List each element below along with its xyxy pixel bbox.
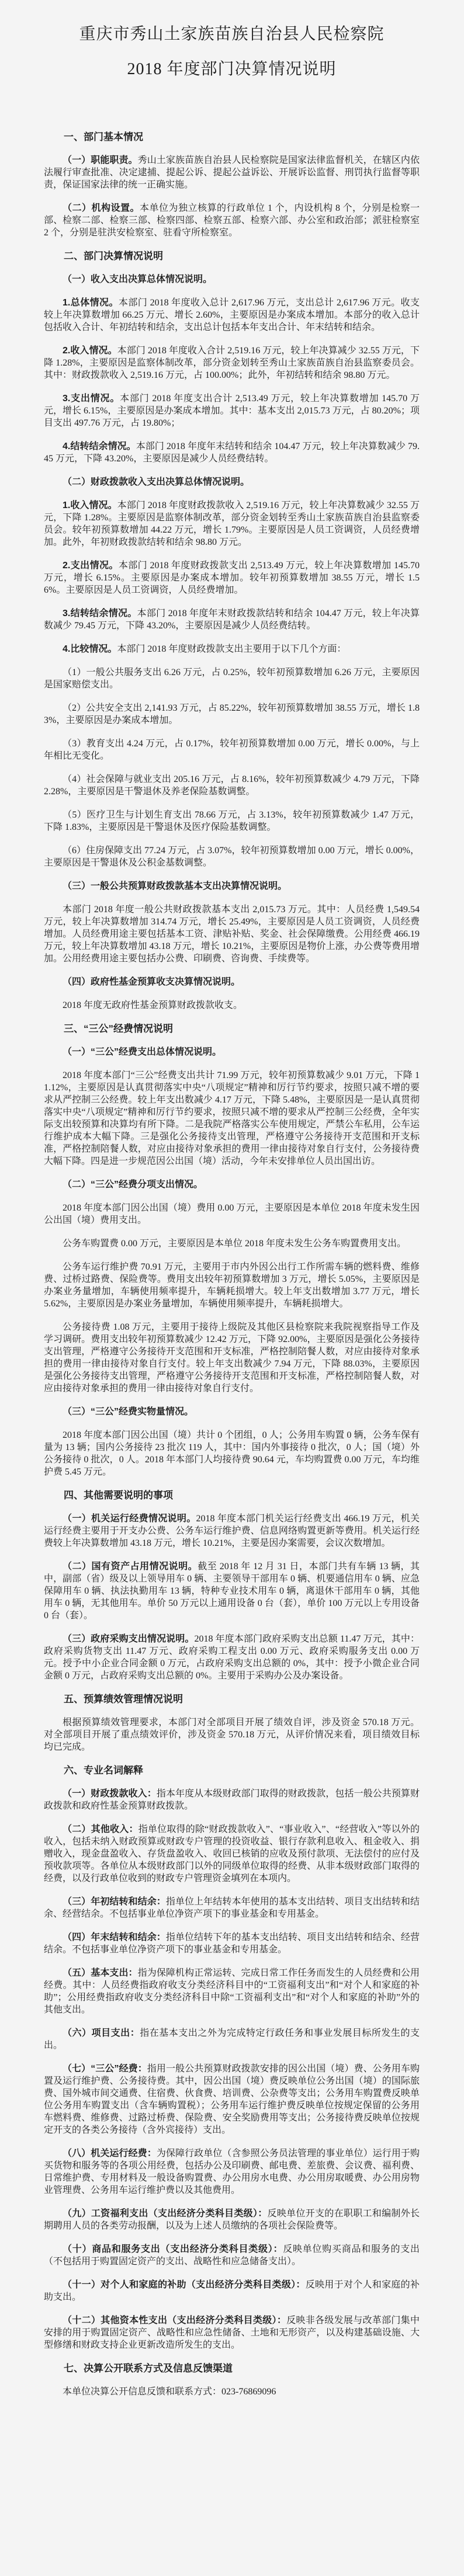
section-heading: 七、决算公开联系方式及信息反馈渠道 [44, 2362, 420, 2375]
section-heading: 一、部门基本情况 [44, 131, 420, 143]
paragraph: 公务接待费 1.08 万元，主要用于接待上级院及其他区县检察院来我院视察指导工作… [44, 1321, 420, 1395]
paragraph: （十）商品和服务支出（支出经济分类科目类级）：反映单位购买商品和服务的支出（不包… [44, 2243, 420, 2268]
paragraph-lead: 2.支出情况。 [63, 561, 119, 571]
paragraph: 2018 年度本部门因公出国（境）共计 0 个团组，0 人；公务用车购置 0 辆… [44, 1429, 420, 1478]
paragraph-lead: （五）基本支出： [63, 1968, 138, 1978]
heading-text: （三）“三公”经费实物量情况。 [63, 1407, 193, 1417]
heading-text: 五、预算绩效管理情况说明 [64, 1694, 183, 1705]
section-heading: （二）“三公”经费分项支出情况。 [44, 1179, 420, 1191]
paragraph: 本单位决算公开信息反馈和联系方式：023-76869096 [44, 2386, 420, 2398]
paragraph: （5）医疗卫生与计划生育支出 78.66 万元，占 3.13%，较年初预算数减少… [44, 809, 420, 833]
paragraph: （十一）对个人和家庭的补助（支出经济分类科目类级）：反映用于对个人和家庭的补助支… [44, 2279, 420, 2303]
paragraph: （4）社会保障与就业支出 205.16 万元，占 8.16%，较年初预算数减少 … [44, 773, 420, 798]
paragraph: 4.结转结余情况。本部门 2018 年度年末结转和结余 104.47 万元，较上… [44, 440, 420, 465]
paragraph-lead: （一）财政拨款收入： [63, 1789, 157, 1799]
paragraph-lead: （六）项目支出： [63, 2028, 140, 2038]
paragraph: （1）一般公共服务支出 6.26 万元，占 0.25%，较年初预算数增加 6.2… [44, 666, 420, 691]
paragraph-text: 2018 年度本部门“三公”经费支出共计 71.99 万元，较年初预算数减少 9… [44, 1070, 420, 1166]
paragraph: （十二）其他资本性支出（支出经济分类科目类级）：反映非各级发展与改革部门集中安排… [44, 2314, 420, 2351]
document-title-line1: 重庆市秀山土家族苗族自治县人民检察院 [44, 25, 420, 44]
paragraph: 本部门 2018 年度一般公共财政拨款基本支出 2,015.73 万元。其中：人… [44, 903, 420, 965]
paragraph-lead: （八）机关运行经费： [63, 2149, 157, 2158]
paragraph: 1.总体情况。本部门 2018 年度收入总计 2,617.96 万元，支出总计 … [44, 297, 420, 333]
paragraph-text: 本部门 2018 年度一般公共财政拨款基本支出 2,015.73 万元。其中：人… [44, 905, 420, 964]
section-heading: （三）“三公”经费实物量情况。 [44, 1406, 420, 1418]
paragraph-lead: （十）商品和服务支出（支出经济分类科目类级）： [63, 2244, 283, 2254]
paragraph-text: （4）社会保障与就业支出 205.16 万元，占 8.16%，较年初预算数减少 … [44, 774, 420, 797]
paragraph: （五）基本支出：指为保障机构正常运转、完成日常工作任务而发生的人员经费和公用经费… [44, 1967, 420, 2016]
paragraph: （二）其他收入：指单位取得的除“财政拨款收入”、“事业收入”、“经营收入”等以外… [44, 1823, 420, 1885]
paragraph: 2018 年度本部门“三公”经费支出共计 71.99 万元，较年初预算数减少 9… [44, 1069, 420, 1167]
paragraph: （一）机关运行经费情况说明。2018 年度本部门机关运行经费支出 466.19 … [44, 1513, 420, 1549]
paragraph-lead: 1.收入情况。 [63, 500, 117, 510]
paragraph-text: 指用一般公共预算财政拨款安排的因公出国（境）费、公务用车购置及运行维护费、公务接… [44, 2064, 420, 2135]
paragraph-text: （3）教育支出 4.24 万元，占 0.17%，较年初预算数增加 0.00 万元… [44, 739, 420, 761]
document-page: 重庆市秀山土家族苗族自治县人民检察院 2018 年度部门决算情况说明 一、部门基… [0, 0, 464, 2576]
paragraph-text: 根据预算绩效管理要求，本部门对全部项目开展了绩效自评，涉及资金 570.18 万… [44, 1718, 420, 1752]
paragraph: 公务车运行维护费 70.91 万元，主要用于市内外因公出行工作所需车辆的燃料费、… [44, 1261, 420, 1310]
document-title-line2: 2018 年度部门决算情况说明 [44, 60, 420, 79]
paragraph-lead: 4.比较情况。 [63, 644, 117, 654]
paragraph: 公务车购置费 0.00 万元，主要原因是本单位 2018 年度未发生公务车购置费… [44, 1237, 420, 1250]
paragraph-lead: （二）机构设置。 [63, 203, 140, 213]
paragraph: 1.收入情况。本部门 2018 年度财政拨款收入 2,519.16 万元，较上年… [44, 499, 420, 548]
heading-text: （一）收入支出决算总体情况说明。 [63, 274, 212, 284]
paragraph: （四）年末结转和结余：指单位结转下年的基本支出结转、项目支出结转和结余、经营结余… [44, 1931, 420, 1956]
paragraph-lead: （十一）对个人和家庭的补助（支出经济分类科目类级）： [63, 2280, 306, 2290]
section-heading: （四）政府性基金预算收支决算情况说明。 [44, 976, 420, 988]
paragraph-lead: （十二）其他资本性支出（支出经济分类科目类级）： [63, 2316, 286, 2325]
paragraph: （2）公共安全支出 2,141.93 万元，占 85.22%，较年初预算数增加 … [44, 702, 420, 726]
paragraph: （一）财政拨款收入：指本年度从本级财政部门取得的财政拨款，包括一般公共预算财政拨… [44, 1788, 420, 1812]
paragraph-lead: （四）年末结转和结余： [63, 1932, 166, 1942]
section-heading: 五、预算绩效管理情况说明 [44, 1693, 420, 1705]
paragraph: （九）工资福利支出（支出经济分类科目类级）：反映单位开支的在职职工和编制外长期聘… [44, 2207, 420, 2232]
document-blocks: 一、部门基本情况（一）职能职责。秀山土家族苗族自治县人民检察院是国家法律监督机关… [44, 131, 420, 2398]
paragraph-lead: （一）机关运行经费情况说明。 [63, 1514, 196, 1524]
paragraph: 3.支出情况。本部门 2018 年度支出合计 2,513.49 万元，较上年决算… [44, 392, 420, 429]
paragraph-text: 本部门 2018 年度财政拨款支出主要用于以下几个方面： [117, 644, 346, 654]
paragraph-text: 公务车运行维护费 70.91 万元，主要用于市内外因公出行工作所需车辆的燃料费、… [44, 1262, 420, 1309]
paragraph: （三）年初结转和结余：指单位上年结转本年使用的基本支出结转、项目支出结转和结余、… [44, 1896, 420, 1920]
paragraph-lead: （九）工资福利支出（支出经济分类科目类级）： [63, 2209, 268, 2219]
paragraph: 3.结转结余情况。本部门 2018 年度年末财政拨款结转和结余 104.47 万… [44, 607, 420, 632]
paragraph-text: 2018 年度无政府性基金预算财政拨款收支。 [63, 1000, 243, 1010]
paragraph-lead: 4.结转结余情况。 [63, 441, 136, 451]
paragraph-lead: （二）国有资产占用情况说明。 [63, 1562, 198, 1572]
heading-text: （三）一般公共预算财政拨款基本支出决算情况说明。 [63, 881, 287, 891]
paragraph-text: 2018 年度本部门因公出国（境）共计 0 个团组，0 人；公务用车购置 0 辆… [44, 1430, 420, 1477]
heading-text: 二、部门决算情况说明 [64, 251, 163, 262]
paragraph: （二）机构设置。本单位为独立核算的行政单位 1 个，内设机构 8 个，分别是检察… [44, 202, 420, 239]
paragraph-text: 本单位决算公开信息反馈和联系方式：023-76869096 [63, 2387, 276, 2397]
paragraph: 2018 年度无政府性基金预算财政拨款收支。 [44, 999, 420, 1011]
section-heading: 四、其他需要说明的事项 [44, 1489, 420, 1501]
paragraph: 4.比较情况。本部门 2018 年度财政拨款支出主要用于以下几个方面： [44, 643, 420, 655]
section-heading: （二）财政拨款收入支出决算总体情况说明。 [44, 476, 420, 488]
paragraph-lead: （三）政府采购支出情况说明。 [63, 1634, 194, 1644]
heading-text: 三、“三公”经费情况说明 [64, 1023, 173, 1034]
paragraph-text: （1）一般公共服务支出 6.26 万元，占 0.25%，较年初预算数增加 6.2… [44, 668, 420, 690]
section-heading: （一）“三公”经费支出总体情况说明。 [44, 1046, 420, 1058]
heading-text: 一、部门基本情况 [64, 131, 143, 142]
paragraph-lead: 3.结转结余情况。 [63, 609, 137, 618]
heading-text: （二）财政拨款收入支出决算总体情况说明。 [63, 477, 250, 487]
paragraph: 根据预算绩效管理要求，本部门对全部项目开展了绩效自评，涉及资金 570.18 万… [44, 1716, 420, 1753]
paragraph: （6）住房保障支出 77.24 万元，占 3.07%，较年初预算数增加 0.00… [44, 844, 420, 869]
paragraph: （六）项目支出：指在基本支出之外为完成特定行政任务和事业发展目标所发生的支出。 [44, 2027, 420, 2052]
heading-text: 七、决算公开联系方式及信息反馈渠道 [64, 2363, 233, 2374]
paragraph: 2.支出情况。本部门 2018 年度财政拨款支出 2,513.49 万元，较上年… [44, 559, 420, 596]
section-heading: 三、“三公”经费情况说明 [44, 1023, 420, 1035]
paragraph-text: 2018 年度本部门因公出国（境）费用 0.00 万元，主要原因是本单位 201… [44, 1203, 420, 1225]
section-heading: （三）一般公共预算财政拨款基本支出决算情况说明。 [44, 880, 420, 892]
paragraph-lead: （七）“三公”经费： [63, 2064, 147, 2074]
paragraph: （七）“三公”经费：指用一般公共预算财政拨款安排的因公出国（境）费、公务用车购置… [44, 2063, 420, 2136]
section-heading: 二、部门决算情况说明 [44, 250, 420, 262]
paragraph-lead: 2.收入情况。 [63, 346, 117, 356]
heading-text: 六、专业名词解释 [64, 1765, 143, 1776]
paragraph: （一）职能职责。秀山土家族苗族自治县人民检察院是国家法律监督机关，在辖区内依法履… [44, 154, 420, 191]
paragraph: （二）国有资产占用情况说明。截至 2018 年 12 月 31 日，本部门共有车… [44, 1560, 420, 1622]
paragraph-lead: （三）年初结转和结余： [63, 1897, 166, 1907]
paragraph-lead: 1.总体情况。 [63, 298, 119, 308]
paragraph: （三）政府采购支出情况说明。2018 年度本部门政府采购支出总额 11.47 万… [44, 1633, 420, 1682]
paragraph: 2.收入情况。本部门 2018 年度收入合计 2,519.16 万元，较上年决算… [44, 345, 420, 381]
heading-text: （四）政府性基金预算收支决算情况说明。 [63, 977, 240, 987]
paragraph-text: 公务车购置费 0.00 万元，主要原因是本单位 2018 年度未发生公务车购置费… [63, 1239, 406, 1249]
paragraph-text: （6）住房保障支出 77.24 万元，占 3.07%，较年初预算数增加 0.00… [44, 846, 420, 868]
paragraph-text: 公务接待费 1.08 万元，主要用于接待上级院及其他区县检察院来我院视察指导工作… [44, 1322, 420, 1393]
paragraph-lead: （二）其他收入： [63, 1824, 138, 1834]
paragraph-text: （2）公共安全支出 2,141.93 万元，占 85.22%，较年初预算数增加 … [44, 703, 420, 725]
paragraph-text: （5）医疗卫生与计划生育支出 78.66 万元，占 3.13%，较年初预算数减少… [44, 810, 420, 832]
heading-text: 四、其他需要说明的事项 [64, 1490, 173, 1501]
heading-text: （二）“三公”经费分项支出情况。 [63, 1180, 203, 1190]
paragraph: （八）机关运行经费：为保障行政单位（含参照公务员法管理的事业单位）运行用于购买货… [44, 2147, 420, 2196]
paragraph: （3）教育支出 4.24 万元，占 0.17%，较年初预算数增加 0.00 万元… [44, 738, 420, 762]
section-heading: （一）收入支出决算总体情况说明。 [44, 273, 420, 286]
paragraph-lead: （一）职能职责。 [63, 155, 138, 165]
paragraph: 2018 年度本部门因公出国（境）费用 0.00 万元，主要原因是本单位 201… [44, 1202, 420, 1226]
paragraph-lead: 3.支出情况。 [63, 394, 120, 404]
heading-text: （一）“三公”经费支出总体情况说明。 [63, 1047, 221, 1057]
section-heading: 六、专业名词解释 [44, 1764, 420, 1777]
